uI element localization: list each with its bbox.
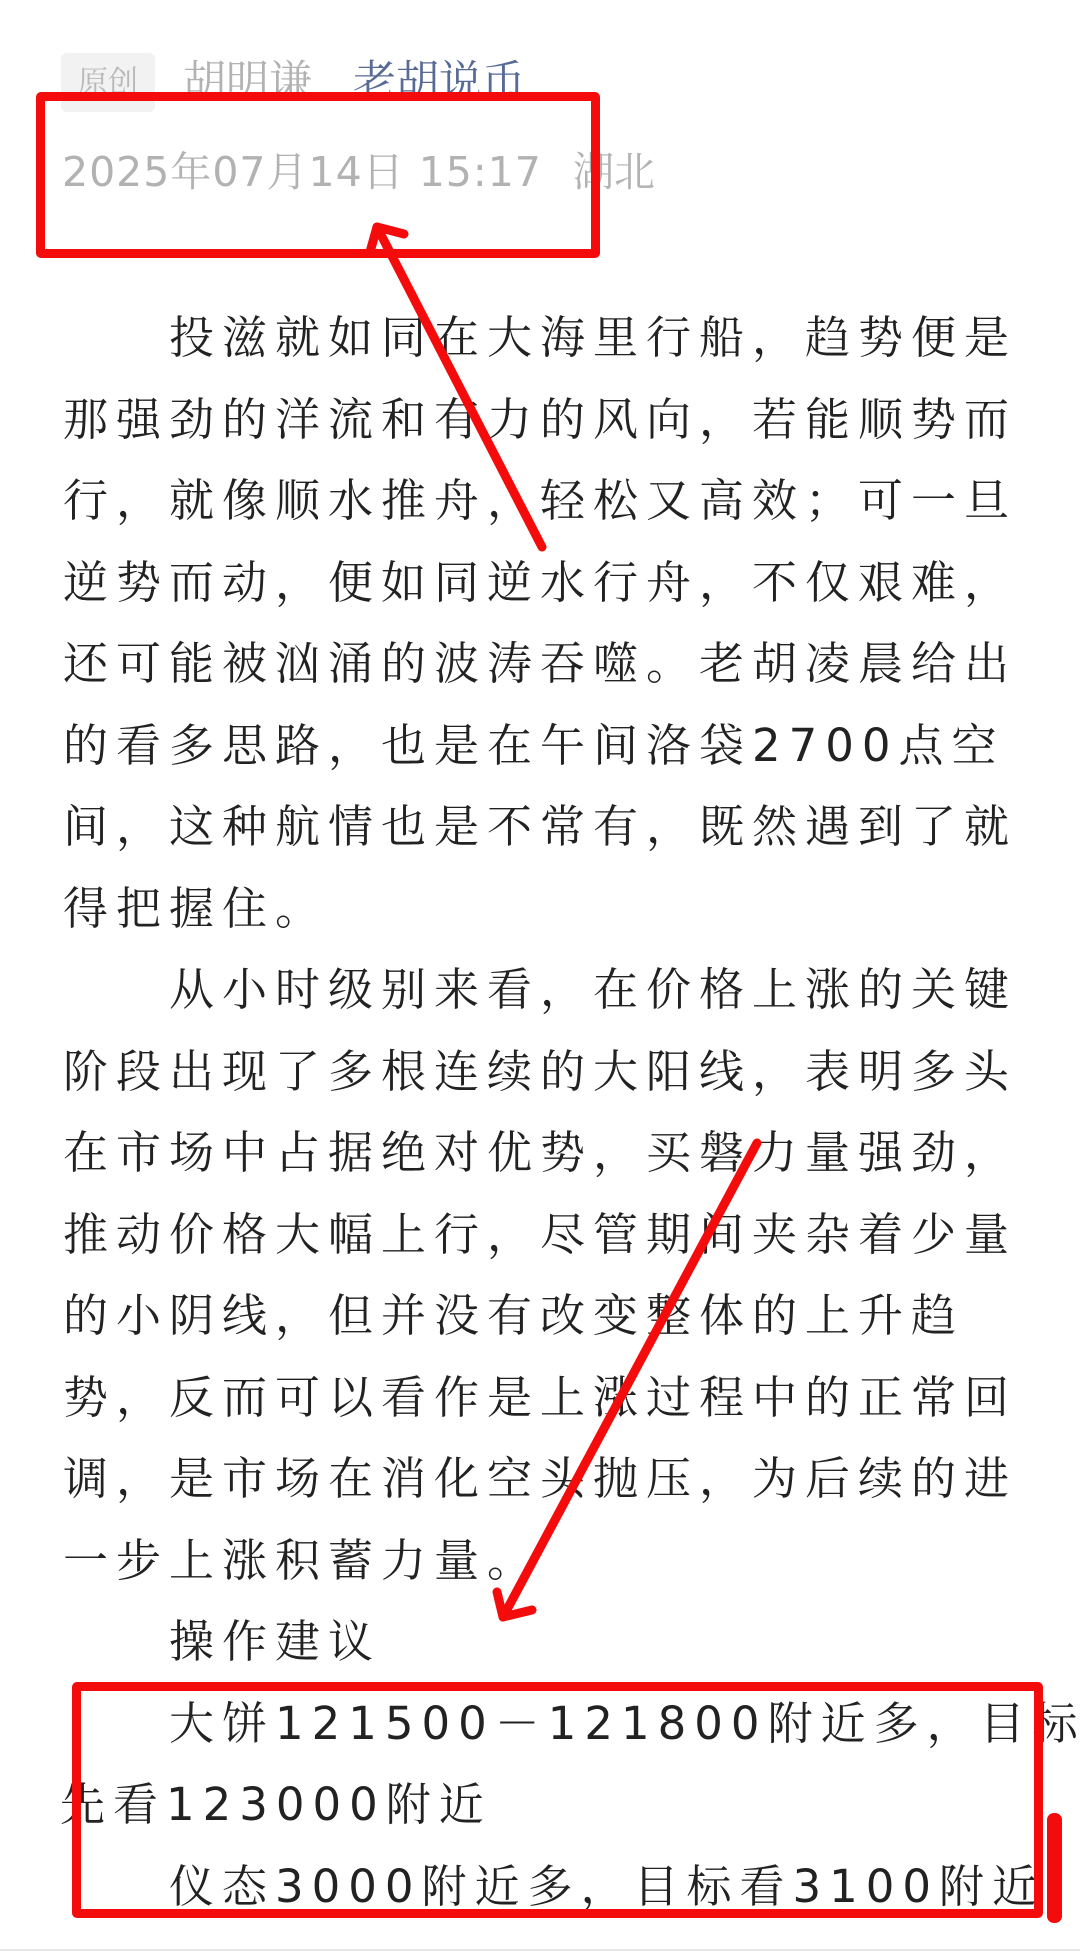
paragraph-line: 阶段出现了多根连续的大阳线，表明多头 [63, 1042, 1017, 1102]
paragraph-line: 从小时级别来看，在价格上涨的关键 [169, 960, 1017, 1020]
paragraph-line: 得把握住。 [63, 879, 328, 939]
paragraph-line: 逆势而动，便如同逆水行舟，不仅艰难， [63, 553, 1017, 613]
paragraph-line: 那强劲的洋流和有力的风向，若能顺势而 [63, 390, 1017, 450]
section-title-advice: 操作建议 [169, 1612, 381, 1672]
paragraph-line: 投滋就如同在大海里行船，趋势便是 [169, 308, 1017, 368]
paragraph-line: 在市场中占据绝对优势，买磐力量强劲， [63, 1123, 1017, 1183]
paragraph-line: 势，反而可以看作是上涨过程中的正常回 [63, 1368, 1017, 1428]
trading-advice-highlight-box [72, 1682, 1043, 1918]
paragraph-line: 一步上涨积蓄力量。 [63, 1531, 540, 1591]
paragraph-line: 的小阴线，但并没有改变整体的上升趋 [63, 1286, 964, 1346]
red-marker-bar [1047, 1813, 1062, 1923]
bottom-divider [0, 1949, 1080, 1951]
paragraph-line: 还可能被汹涌的波涛吞噬。老胡凌晨给出 [63, 634, 1017, 694]
paragraph-line: 行，就像顺水推舟，轻松又高效；可一旦 [63, 471, 1017, 531]
publish-time-highlight-box [36, 92, 600, 258]
paragraph-line: 间，这种航情也是不常有，既然遇到了就 [63, 797, 1017, 857]
paragraph-line: 推动价格大幅上行，尽管期间夹杂着少量 [63, 1205, 1017, 1265]
paragraph-line: 的看多思路，也是在午间洛袋2700点空 [63, 716, 1005, 776]
paragraph-line: 调，是市场在消化空头抛压，为后续的进 [63, 1449, 1017, 1509]
